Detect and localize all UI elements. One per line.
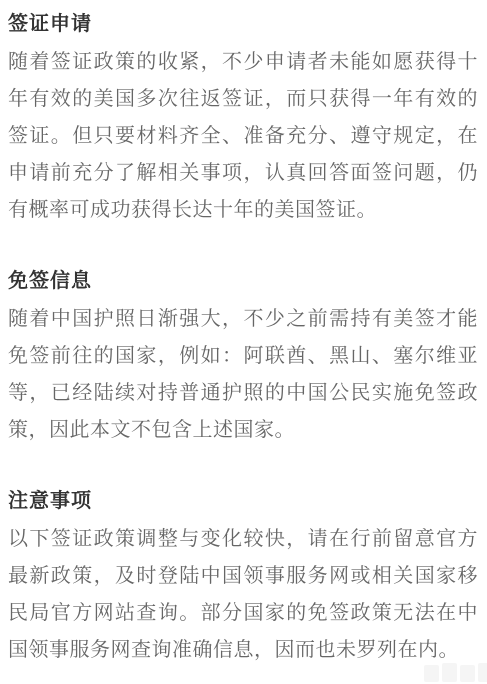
- watermark: [424, 663, 487, 682]
- section-body-notes: 以下签证政策调整与变化较快，请在行前留意官方最新政策，及时登陆中国领事服务网或相…: [8, 521, 478, 669]
- section-notes: 注意事项 以下签证政策调整与变化较快，请在行前留意官方最新政策，及时登陆中国领事…: [8, 487, 478, 669]
- section-title-notes: 注意事项: [8, 487, 478, 515]
- section-body-visa-free-info: 随着中国护照日渐强大，不少之前需持有美签才能免签前往的国家，例如：阿联酋、黑山、…: [8, 301, 478, 449]
- watermark-glyph-block: [442, 663, 457, 682]
- section-title-visa-free-info: 免签信息: [8, 267, 478, 295]
- section-visa-free-info: 免签信息 随着中国护照日渐强大，不少之前需持有美签才能免签前往的国家，例如：阿联…: [8, 267, 478, 449]
- watermark-glyph-block: [460, 665, 475, 682]
- section-title-visa-application: 签证申请: [8, 10, 478, 38]
- watermark-glyph-block: [478, 663, 487, 682]
- section-visa-application: 签证申请 随着签证政策的收紧，不少申请者未能如愿获得十年有效的美国多次往返签证，…: [8, 10, 478, 229]
- article-page: 签证申请 随着签证政策的收紧，不少申请者未能如愿获得十年有效的美国多次往返签证，…: [0, 0, 487, 684]
- section-body-visa-application: 随着签证政策的收紧，不少申请者未能如愿获得十年有效的美国多次往返签证，而只获得一…: [8, 44, 478, 229]
- watermark-glyph-block: [424, 665, 439, 682]
